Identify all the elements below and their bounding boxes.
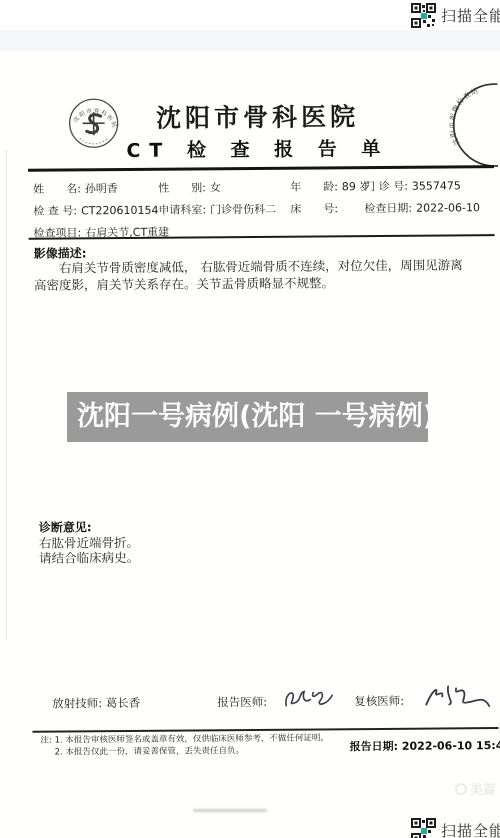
report-date-field: 报告日期: 2022-06-10 15:47:14 bbox=[350, 737, 500, 754]
footer-notes: 注: 1. 本报告审核医师签名或盖章有效，仅供临床医师参考，不做任何证明。 2.… bbox=[40, 733, 345, 758]
scanner-watermark-label: 扫描全能 bbox=[441, 820, 500, 838]
radiology-technician-label: 放射技师: bbox=[52, 696, 102, 710]
outpatient-no-label: 门 诊 号: bbox=[364, 180, 408, 193]
hospital-name: 沈阳市骨科医院 bbox=[17, 96, 497, 136]
svg-text:沈阳市影像检查站: 沈阳市影像检查站 bbox=[449, 85, 480, 147]
exam-date-label: 检查日期: bbox=[364, 202, 412, 215]
diagnosis-line-2: 请结合临床病史。 bbox=[39, 550, 139, 565]
outpatient-no-field: 门 诊 号:3557475 bbox=[364, 177, 461, 194]
exam-no-field: 检 查 号:CT220610154 bbox=[33, 202, 158, 219]
review-doctor-signature-scribble-icon bbox=[418, 678, 492, 715]
patient-name-field: 姓 名:孙明香 bbox=[33, 180, 118, 197]
scanner-watermark-bottom: 扫描全能 bbox=[411, 818, 500, 838]
faint-watermark-text: 美篇 bbox=[470, 779, 496, 798]
faint-watermark-logo-icon bbox=[455, 783, 467, 795]
request-dept-field: 申请科室:门诊骨伤科二 bbox=[158, 201, 276, 218]
scan-smudge bbox=[193, 809, 267, 812]
diagnosis-section-label: 诊断意见: bbox=[39, 518, 92, 535]
page-edge-line bbox=[6, 150, 7, 640]
review-doctor-label: 复核医师: bbox=[354, 693, 404, 709]
exam-date-value: 2022-06-10 bbox=[416, 201, 480, 215]
patient-gender-field: 性 别:女 bbox=[158, 179, 221, 195]
footer-note-1: 注: 1. 本报告审核医师签名或盖章有效，仅供临床医师参考，不做任何证明。 bbox=[40, 733, 345, 747]
report-date-label: 报告日期: bbox=[350, 740, 399, 753]
report-date-value: 2022-06-10 15:47:14 bbox=[402, 739, 500, 753]
scanned-ct-report-page: 扫描全能 沈阳市骨科医院 沈阳市骨科医院 CT 检 查 报 告 单 沈阳市影像检… bbox=[0, 0, 500, 838]
signature-row: 放射技师: 葛长香 报告医师: 复核医师: bbox=[2, 692, 500, 696]
footer-rule bbox=[32, 727, 498, 733]
findings-text: 右肩关节骨质密度减低， 右肱骨近端骨质不连续，对位欠佳，周围见游离高密度影，肩关… bbox=[34, 257, 472, 293]
faint-app-watermark: 美篇 bbox=[455, 779, 496, 798]
patient-gender-label: 性 别: bbox=[158, 181, 206, 194]
patient-info-row-2: 检 查 号:CT220610154 申请科室:门诊骨伤科二 床 号: 检查日期:… bbox=[0, 199, 498, 217]
patient-name-value: 孙明香 bbox=[85, 182, 118, 195]
report-doctor-signature-scribble-icon bbox=[280, 683, 338, 713]
patient-info-row-1: 姓 名:孙明香 性 别:女 年 龄:89 岁 门 诊 号:3557475 bbox=[0, 177, 498, 195]
outpatient-no-value: 3557475 bbox=[412, 179, 461, 192]
header-rule bbox=[28, 165, 494, 172]
request-dept-value: 门诊骨伤科二 bbox=[210, 203, 276, 217]
request-dept-label: 申请科室: bbox=[158, 203, 206, 216]
diagnosis-line-1: 右肱骨近端骨折。 bbox=[39, 536, 139, 551]
report-doctor-label: 报告医师: bbox=[217, 694, 267, 710]
footer-note-2: 2. 本报告仅此一份，请妥善保管，丢失责任自负。 bbox=[41, 745, 346, 759]
patient-name-label: 姓 名: bbox=[33, 182, 81, 195]
stamp-arc-text: 沈阳市影像检查站 bbox=[449, 85, 480, 147]
qr-code-icon bbox=[411, 818, 436, 838]
diagnosis-text: 右肱骨近端骨折。 请结合临床病史。 bbox=[39, 536, 139, 566]
radiology-technician-field: 放射技师: 葛长香 bbox=[52, 695, 140, 712]
patient-age-field: 年 龄:89 岁 bbox=[290, 178, 370, 195]
notes-prefix: 注: bbox=[40, 736, 51, 746]
exam-no-label: 检 查 号: bbox=[33, 204, 77, 217]
case-title-overlay-banner: 沈阳一号病例(沈阳 一号病例) bbox=[67, 392, 428, 442]
bed-no-label: 床 号: bbox=[290, 202, 338, 215]
exam-no-value: CT220610154 bbox=[81, 204, 158, 218]
exam-date-field: 检查日期:2022-06-10 bbox=[364, 199, 480, 216]
note-line-1: 1. 本报告审核医师签名或盖章有效，仅供临床医师参考，不做任何证明。 bbox=[55, 733, 329, 745]
findings-section-label: 影像描述: bbox=[34, 244, 87, 261]
radiology-technician-value: 葛长香 bbox=[106, 696, 141, 710]
patient-age-label: 年 龄: bbox=[290, 180, 338, 193]
patient-gender-value: 女 bbox=[210, 181, 221, 194]
report-title: CT 检 查 报 告 单 bbox=[18, 133, 498, 164]
bed-no-field: 床 号: bbox=[290, 200, 342, 216]
round-ink-stamp-icon: 沈阳市影像检查站 bbox=[449, 82, 498, 168]
